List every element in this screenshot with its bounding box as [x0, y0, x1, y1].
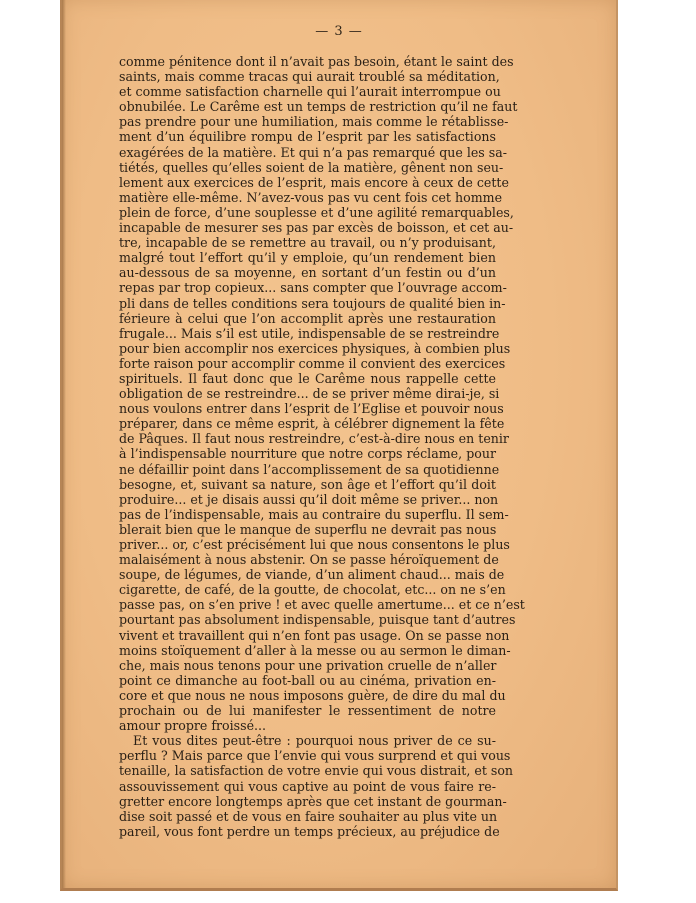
text-line: passe pas, on s’en prive ! et avec quell…	[119, 597, 496, 612]
text-line: de Pâques. Il faut nous restreindre, c’e…	[119, 431, 496, 446]
text-line: Et vous dites peut-être : pourquoi nous …	[119, 733, 496, 748]
text-line: tenaille, la satisfaction de votre envie…	[119, 763, 496, 778]
text-line: pli dans de telles conditions sera toujo…	[119, 296, 496, 311]
text-line: blerait bien que le manque de superflu n…	[119, 522, 496, 537]
text-line: assouvissement qui vous captive au point…	[119, 779, 496, 794]
text-line: préparer, dans ce même esprit, à célébre…	[119, 416, 496, 431]
text-line: pour bien accomplir nos exercices physiq…	[119, 341, 496, 356]
text-line: spirituels. Il faut donc que le Carême n…	[119, 371, 496, 386]
text-line: et comme satisfaction charnelle qui l’au…	[119, 84, 496, 99]
text-line: produire... et je disais aussi qu’il doi…	[119, 492, 496, 507]
text-line: vivent et travaillent qui n’en font pas …	[119, 628, 496, 643]
text-line: plein de force, d’une souplesse et d’une…	[119, 205, 496, 220]
text-line: pas prendre pour une humiliation, mais c…	[119, 114, 496, 129]
scanned-page: — 3 — comme pénitence dont il n’avait pa…	[60, 0, 618, 891]
text-line: lement aux exercices de l’esprit, mais e…	[119, 175, 496, 190]
text-line: gretter encore longtemps après que cet i…	[119, 794, 496, 809]
text-line: core et que nous ne nous imposons guère,…	[119, 688, 496, 703]
text-line: tre, incapable de se remettre au travail…	[119, 235, 496, 250]
text-line: repas par trop copieux... sans compter q…	[119, 280, 496, 295]
text-line: obligation de se restreindre... de se pr…	[119, 386, 496, 401]
paragraph: comme pénitence dont il n’avait pas beso…	[119, 54, 496, 733]
text-line: malgré tout l’effort qu’il y emploie, qu…	[119, 250, 496, 265]
text-line: matière elle-même. N’avez-vous pas vu ce…	[119, 190, 496, 205]
text-line: incapable de mesurer ses pas par excès d…	[119, 220, 496, 235]
text-line: besogne, et, suivant sa nature, son âge …	[119, 477, 496, 492]
text-line: ne défaillir point dans l’accomplissemen…	[119, 462, 496, 477]
text-line: soupe, de légumes, de viande, d’un alime…	[119, 567, 496, 582]
paragraph: Et vous dites peut-être : pourquoi nous …	[119, 733, 496, 839]
text-line: perflu ? Mais parce que l’envie qui vous…	[119, 748, 496, 763]
text-line: tiétés, quelles qu’elles soient de la ma…	[119, 160, 496, 175]
text-line: frugale... Mais s’il est utile, indispen…	[119, 326, 496, 341]
text-line: férieure à celui que l’on accomplit aprè…	[119, 311, 496, 326]
text-line: cigarette, de café, de la goutte, de cho…	[119, 582, 496, 597]
text-line: au-dessous de sa moyenne, en sortant d’u…	[119, 265, 496, 280]
text-line: malaisément à nous abstenir. On se passe…	[119, 552, 496, 567]
text-line: che, mais nous tenons pour une privation…	[119, 658, 496, 673]
text-line: comme pénitence dont il n’avait pas beso…	[119, 54, 496, 69]
text-line: priver... or, c’est précisément lui que …	[119, 537, 496, 552]
text-line: forte raison pour accomplir comme il con…	[119, 356, 496, 371]
text-line: pas de l’indispensable, mais au contrair…	[119, 507, 496, 522]
text-line: moins stoïquement d’aller à la messe ou …	[119, 643, 496, 658]
text-line: à l’indispensable nourriture que notre c…	[119, 446, 496, 461]
text-line: obnubilée. Le Carême est un temps de res…	[119, 99, 496, 114]
text-line: prochain ou de lui manifester le ressent…	[119, 703, 496, 718]
page-number: — 3 —	[62, 24, 616, 39]
text-line: exagérées de la matière. Et qui n’a pas …	[119, 145, 496, 160]
text-line: dise soit passé et de vous en faire souh…	[119, 809, 496, 824]
body-text: comme pénitence dont il n’avait pas beso…	[119, 54, 496, 839]
text-line: ment d’un équilibre rompu de l’esprit pa…	[119, 129, 496, 144]
text-line: pourtant pas absolument indispensable, p…	[119, 612, 496, 627]
text-line: amour propre froissé...	[119, 718, 496, 733]
text-line: nous voulons entrer dans l’esprit de l’E…	[119, 401, 496, 416]
text-line: pareil, vous font perdre un temps précie…	[119, 824, 496, 839]
text-line: point ce dimanche au foot-ball ou au cin…	[119, 673, 496, 688]
text-line: saints, mais comme tracas qui aurait tro…	[119, 69, 496, 84]
